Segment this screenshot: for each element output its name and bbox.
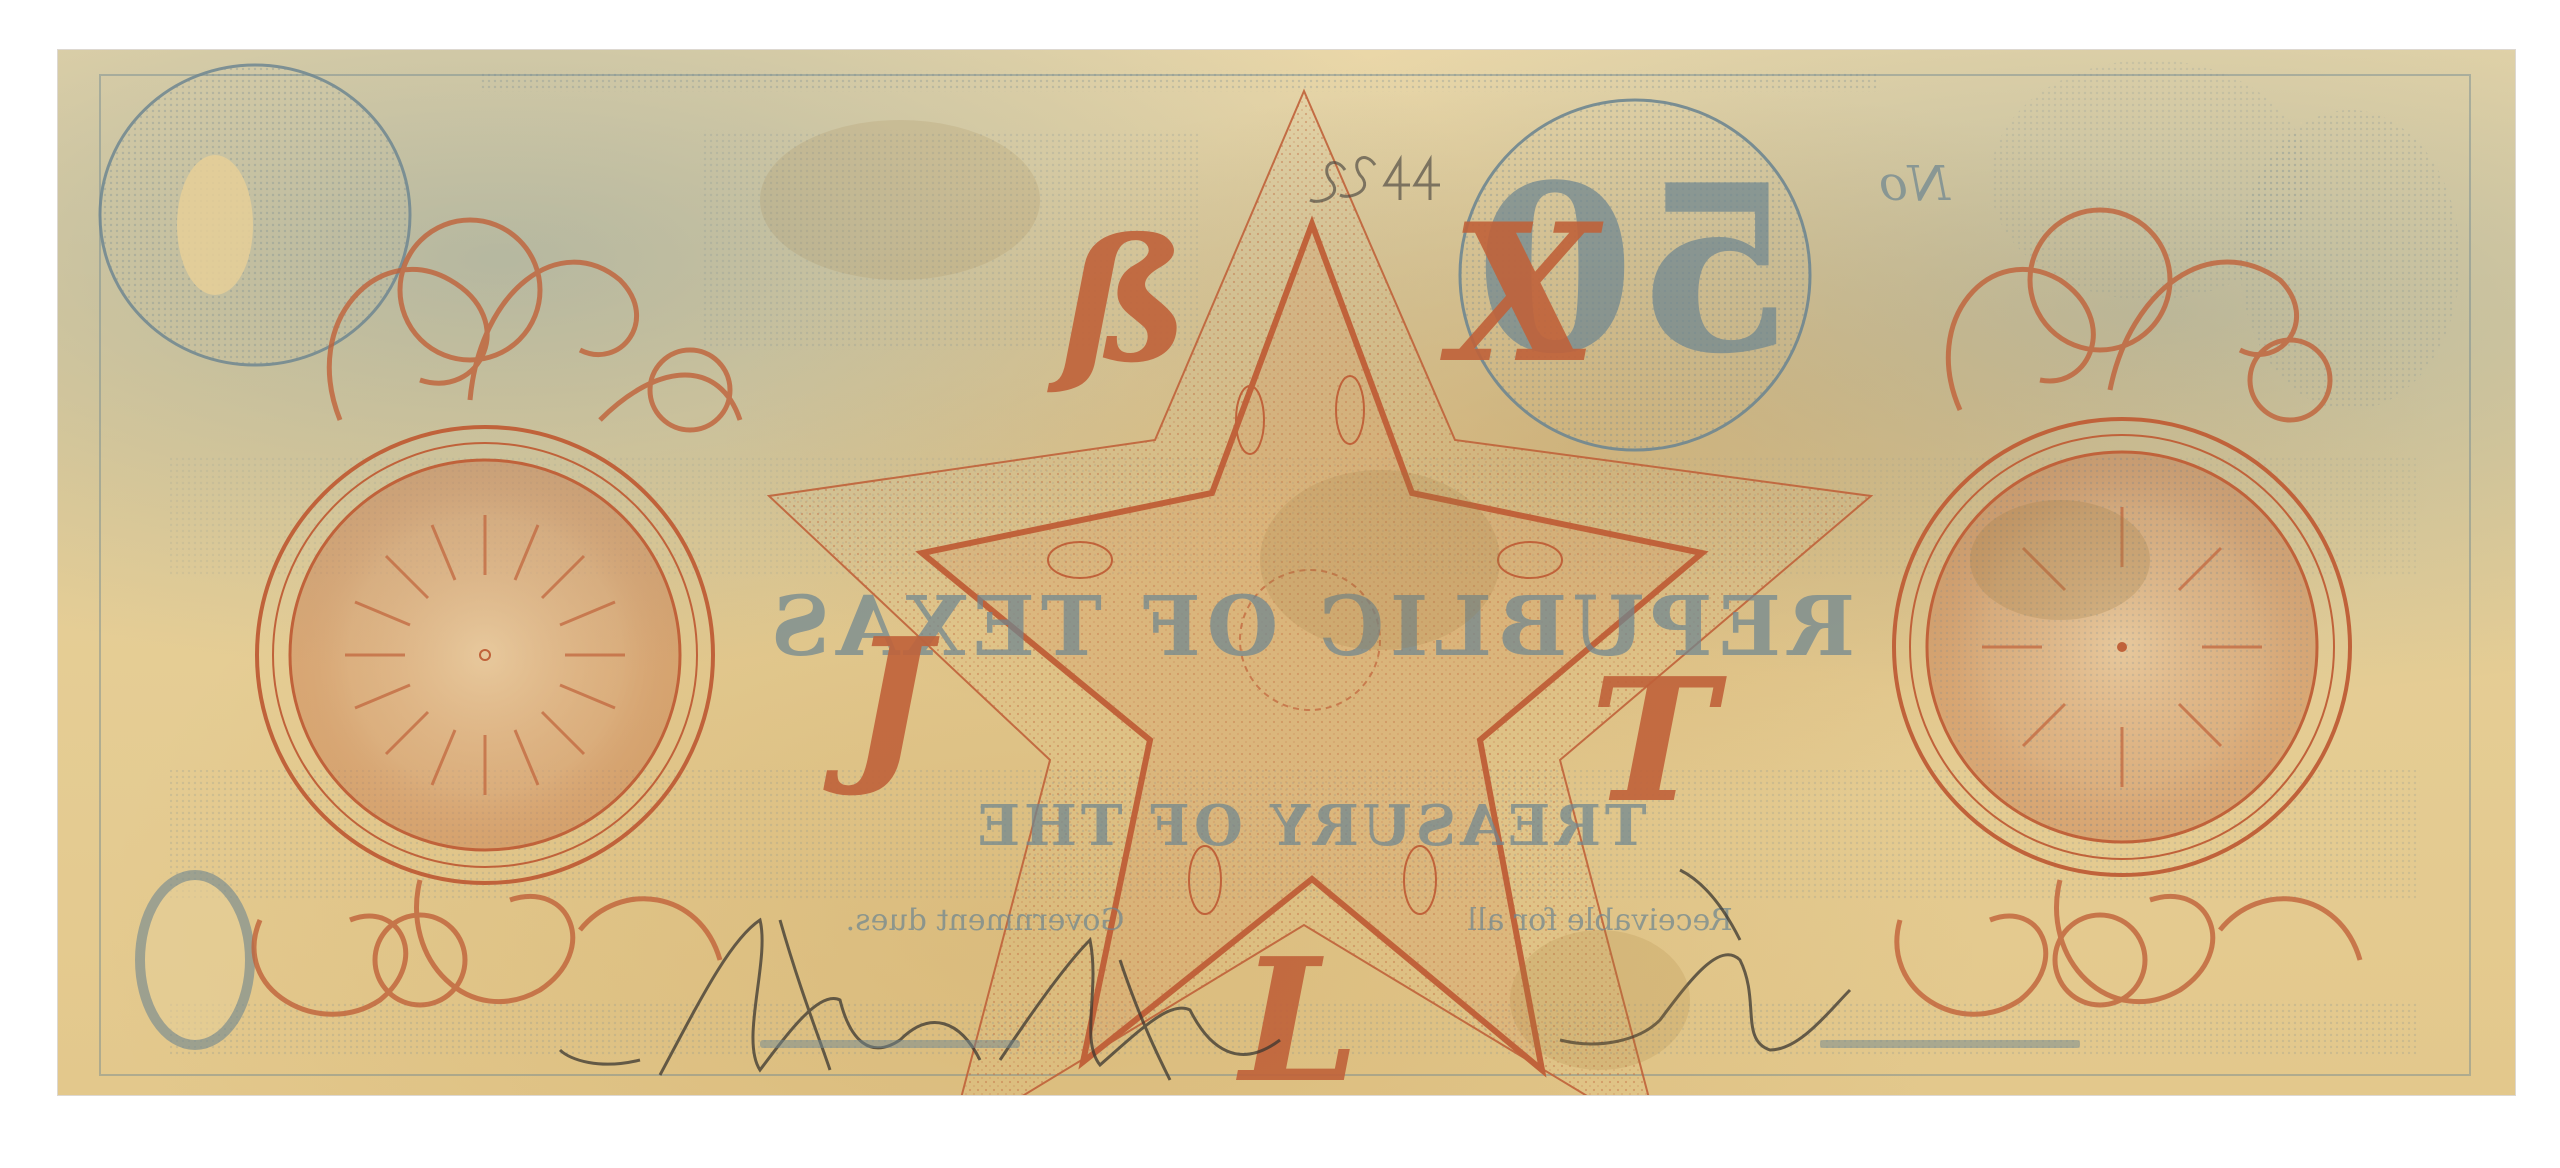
stain (1510, 930, 1690, 1070)
stain (1260, 470, 1500, 650)
top-lettering-band (480, 70, 1880, 92)
receivable-line-right: Government dues. (846, 903, 1125, 938)
overprint-letter-medallion: X (1440, 182, 1604, 405)
overprint-letter-bottom: L (1236, 921, 1360, 1095)
serial-value: 2544 (1380, 149, 1383, 151)
right-bottom-scrollwork (1897, 880, 2360, 1014)
number-prefix: No (1879, 156, 1951, 212)
treasury-line: TREASURY OF THE (973, 793, 1646, 859)
right-edge-blue-vignette (2240, 110, 2460, 410)
left-bottom-denomination (140, 875, 250, 1045)
banknote-artwork: 50 No REPUBLIC OF TEXAS TREASURY OF THE … (58, 50, 2515, 1095)
banknote: 50 No REPUBLIC OF TEXAS TREASURY OF THE … (58, 50, 2515, 1095)
left-bottom-scrollwork (254, 880, 720, 1014)
stain (1970, 500, 2150, 620)
left-denomination-oval (100, 65, 410, 365)
overprint-letter-upper-left: ß (1047, 201, 1189, 401)
stain (760, 120, 1040, 280)
overprint-letter-right: T (1590, 641, 1727, 841)
